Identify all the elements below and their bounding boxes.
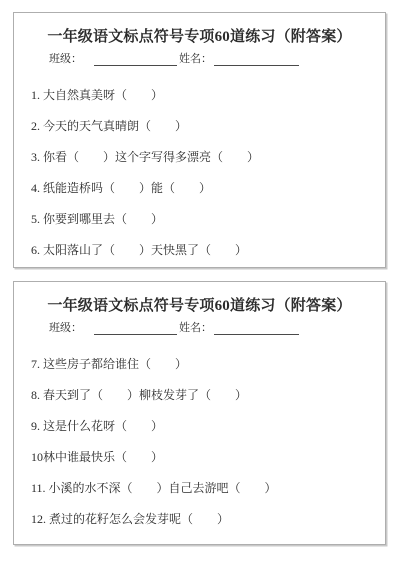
exercise-item-12: 12. 煮过的花籽怎么会发芽呢（ ）: [31, 513, 385, 525]
class-name-row: 班级： 姓名：: [49, 322, 385, 335]
worksheet-page-1: 一年级语文标点符号专项60道练习（附答案） 班级： 姓名： 1. 大自然真美呀（…: [13, 12, 386, 268]
worksheet-page-2: 一年级语文标点符号专项60道练习（附答案） 班级： 姓名： 7. 这些房子都给谁…: [13, 281, 386, 545]
exercise-item-5: 5. 你要到哪里去（ ）: [31, 213, 385, 225]
page-title: 一年级语文标点符号专项60道练习（附答案）: [14, 294, 385, 315]
exercise-item-9: 9. 这是什么花呀（ ）: [31, 420, 385, 432]
class-blank-line: [94, 53, 177, 66]
exercise-item-7: 7. 这些房子都给谁住（ ）: [31, 358, 385, 370]
exercise-item-8: 8. 春天到了（ ）柳枝发芽了（ ）: [31, 389, 385, 401]
class-blank-line: [94, 322, 177, 335]
exercise-list: 7. 这些房子都给谁住（ ） 8. 春天到了（ ）柳枝发芽了（ ） 9. 这是什…: [31, 358, 385, 525]
page-title: 一年级语文标点符号专项60道练习（附答案）: [14, 25, 385, 46]
exercise-item-10: 10林中谁最快乐（ ）: [31, 451, 385, 463]
name-label: 姓名：: [179, 53, 212, 66]
class-name-row: 班级： 姓名：: [49, 53, 385, 66]
exercise-list: 1. 大自然真美呀（ ） 2. 今天的天气真晴朗（ ） 3. 你看（ ）这个字写…: [31, 89, 385, 256]
exercise-item-1: 1. 大自然真美呀（ ）: [31, 89, 385, 101]
name-blank-line: [214, 322, 299, 335]
name-label: 姓名：: [179, 322, 212, 335]
class-label: 班级：: [49, 322, 82, 335]
name-blank-line: [214, 53, 299, 66]
exercise-item-11: 11. 小溪的水不深（ ）自己去游吧（ ）: [31, 482, 385, 494]
exercise-item-2: 2. 今天的天气真晴朗（ ）: [31, 120, 385, 132]
exercise-item-3: 3. 你看（ ）这个字写得多漂亮（ ）: [31, 151, 385, 163]
exercise-item-4: 4. 纸能造桥吗（ ）能（ ）: [31, 182, 385, 194]
exercise-item-6: 6. 太阳落山了（ ）天快黑了（ ）: [31, 244, 385, 256]
class-label: 班级：: [49, 53, 82, 66]
